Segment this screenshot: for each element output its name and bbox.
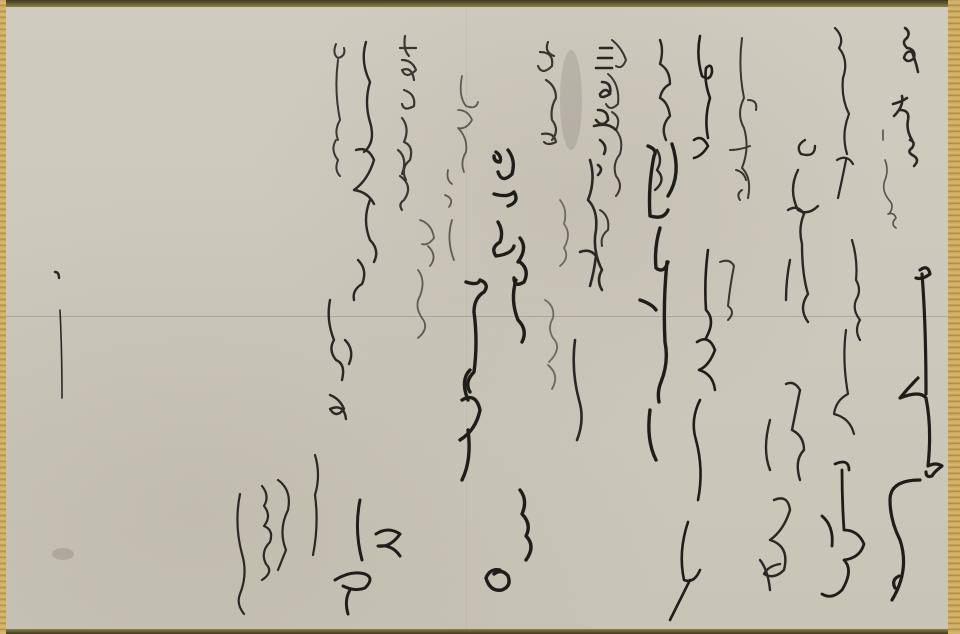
column-12: [538, 42, 556, 144]
column-8: [655, 40, 670, 190]
column-16-lower: [335, 500, 400, 614]
column-18: [237, 455, 318, 614]
manuscript-photo: Japanese cursive calligraphy manuscript …: [0, 0, 960, 634]
column-1: [893, 28, 918, 166]
column-15: [398, 36, 416, 210]
column-7: [670, 36, 715, 620]
column-17: [333, 44, 344, 176]
column-14: [417, 76, 478, 338]
column-6: [720, 38, 756, 320]
column-5: [760, 140, 818, 590]
column-3: [890, 268, 942, 600]
column-4: [834, 28, 860, 434]
column-2-faded: [883, 130, 896, 228]
column-4-lower: [822, 462, 864, 596]
isolated-strokes: [55, 272, 62, 398]
column-13: [460, 150, 531, 590]
column-16: [329, 42, 377, 419]
column-11-faded: [545, 200, 568, 389]
column-8-heavy: [640, 144, 676, 460]
calligraphy-strokes: [0, 0, 960, 634]
